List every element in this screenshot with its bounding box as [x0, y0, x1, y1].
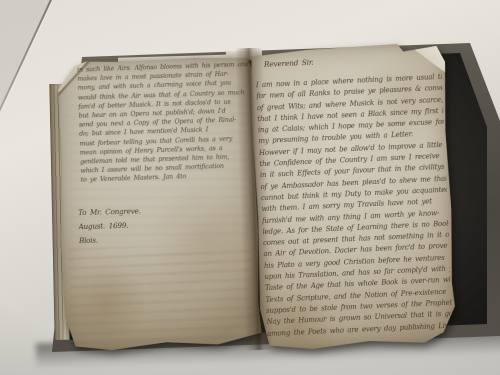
photo-vignette — [0, 0, 500, 375]
photograph-of-manuscript: in such like Airs. Alfonso blooms with h… — [0, 0, 500, 375]
